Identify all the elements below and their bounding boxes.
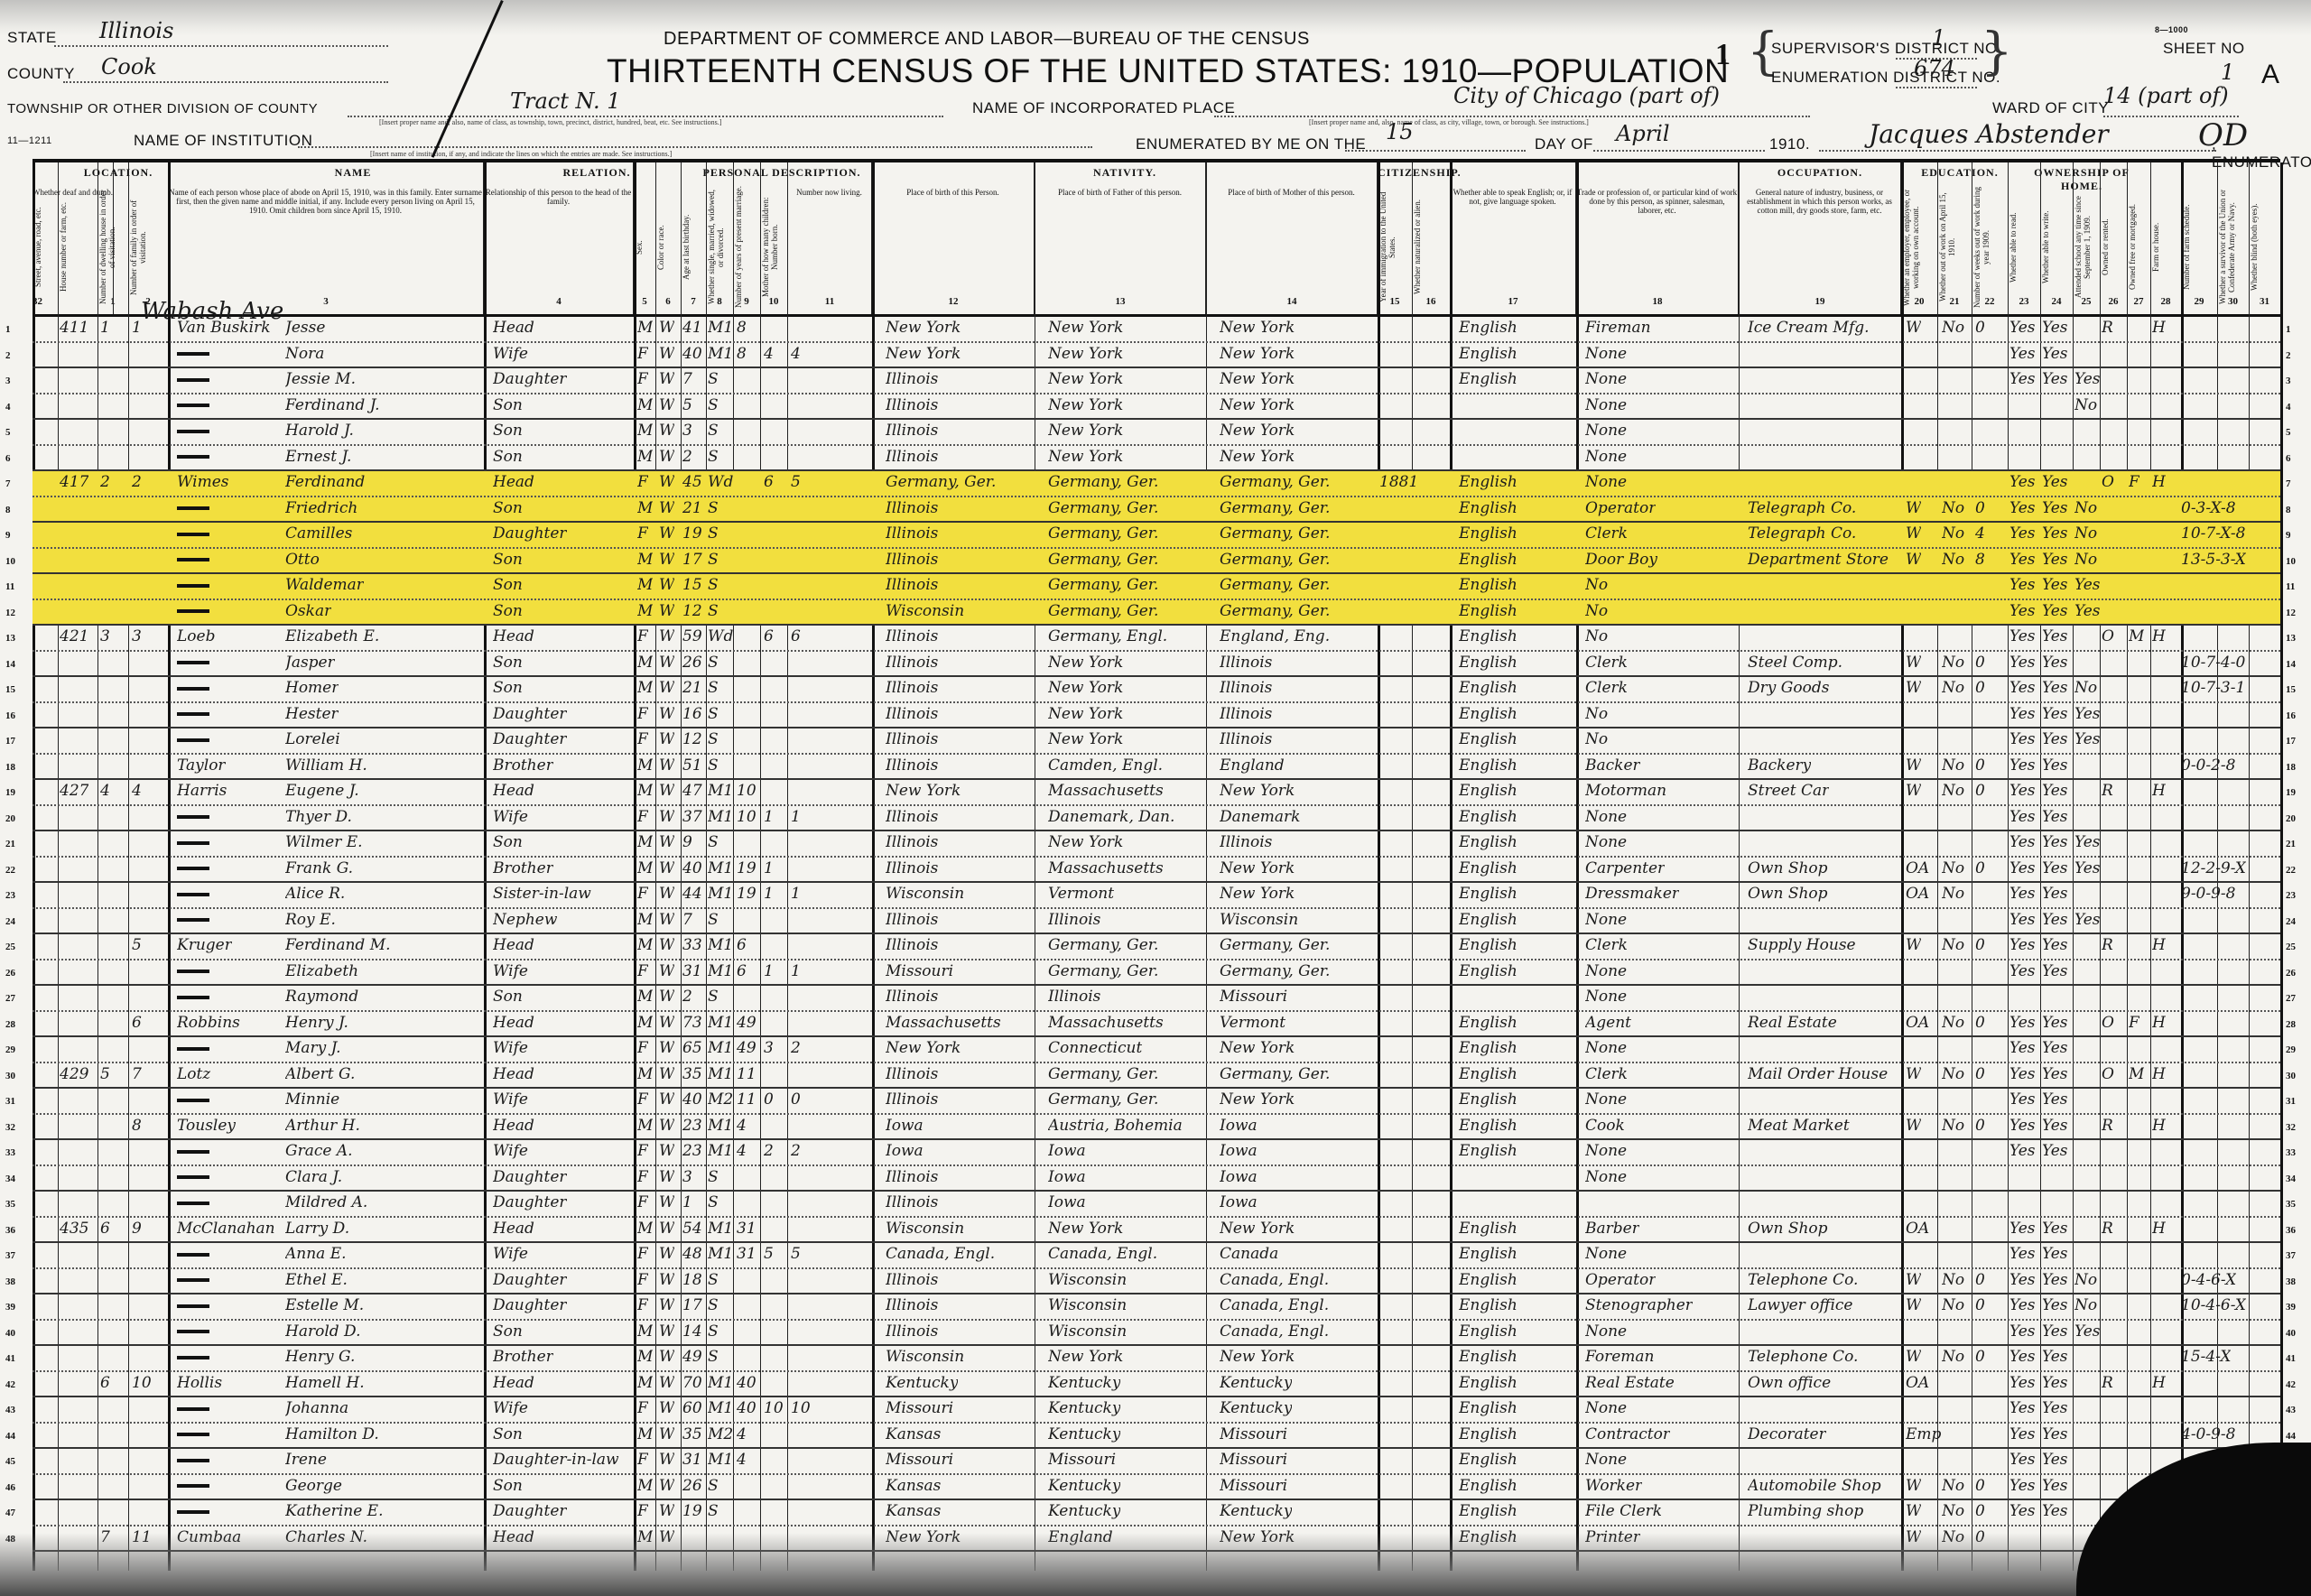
highlighted-census-row[interactable]: 7741722WimesFerdinandHeadFW45Wd65Germany… [32, 471, 2280, 497]
cell-marital: S [708, 1168, 719, 1192]
highlighted-census-row[interactable]: 1212OskarSonMW12SWisconsinGermany, Ger.G… [32, 600, 2280, 626]
cell-lang: English [1459, 1220, 1517, 1243]
cell-race: W [659, 885, 674, 908]
cell-trade: Contractor [1585, 1425, 1670, 1449]
cell-race: W [659, 962, 674, 986]
cell-sex: M [637, 1220, 653, 1243]
cell-read: Yes [2009, 1399, 2036, 1423]
column-header: Whether out of work on April 15, 1910. [1937, 186, 1972, 312]
cell-age: 3 [682, 1168, 692, 1192]
cell-pob: Illinois [886, 1271, 938, 1294]
cell-write: Yes [2042, 911, 2068, 934]
cell-surname [177, 859, 209, 883]
cell-relation: Daughter-in-law [493, 1451, 619, 1474]
column-header: General nature of industry, business, or… [1739, 162, 1901, 316]
enumerated-month: April [1616, 121, 1670, 146]
cell-pob: Illinois [886, 988, 938, 1011]
cell-surname: Wimes [177, 473, 229, 496]
cell-trade: None [1585, 833, 1627, 857]
same-surname-dash [177, 867, 209, 870]
cell-surname [177, 524, 209, 548]
cell-emp: W [1906, 1296, 1921, 1320]
cell-extra: 10-7-4-0 [2181, 654, 2245, 677]
cell-pob-mother: Canada, Engl. [1220, 1271, 1329, 1294]
cell-extra: 10-7-3-1 [2181, 679, 2245, 702]
cell-surname [177, 962, 209, 986]
cell-weeks: 0 [1975, 859, 1985, 883]
line-number: 42 [5, 1379, 15, 1390]
cell-industry: Telephone Co. [1748, 1271, 1858, 1294]
census-row[interactable]: 22NoraWifeFW40M1844New YorkNew YorkNew Y… [32, 343, 2280, 369]
cell-emp: W [1906, 1502, 1921, 1526]
line-number-right: 33 [2286, 1147, 2296, 1158]
cell-family: 9 [132, 1220, 142, 1243]
cell-lang: English [1459, 499, 1517, 523]
highlighted-census-row[interactable]: 1010OttoSonMW17SIllinoisGermany, Ger.Ger… [32, 549, 2280, 575]
cell-given: Anna E. [285, 1245, 347, 1268]
cell-race: W [659, 782, 674, 805]
cell-write: Yes [2042, 885, 2068, 908]
census-row[interactable]: 2424Roy E.NephewMW7SIllinoisIllinoisWisc… [32, 909, 2280, 935]
census-row[interactable]: 4545IreneDaughter-in-lawFW31M14MissouriM… [32, 1449, 2280, 1475]
cell-family: 8 [132, 1117, 142, 1140]
cell-living: 4 [791, 345, 801, 368]
cell-living: 5 [791, 1245, 801, 1268]
census-row[interactable]: 3434Clara J.DaughterFW3SIllinoisIowaIowa… [32, 1166, 2280, 1192]
cell-dwelling: 3 [100, 627, 110, 651]
cell-trade: Stenographer [1585, 1296, 1693, 1320]
census-row[interactable]: 1616HesterDaughterFW16SIllinoisNew YorkI… [32, 703, 2280, 729]
cell-read: Yes [2009, 756, 2036, 780]
cell-marital: S [708, 396, 719, 420]
cell-write: Yes [2042, 962, 2068, 986]
cell-family: 6 [132, 1014, 142, 1037]
cell-weeks: 0 [1975, 1271, 1985, 1294]
cell-marital: S [708, 705, 719, 728]
cell-pob: Illinois [886, 627, 938, 651]
line-number-right: 41 [2286, 1353, 2296, 1364]
cell-pob: Illinois [886, 576, 938, 599]
cell-read: Yes [2009, 499, 2036, 523]
cell-years-married: 6 [737, 962, 747, 986]
cell-pob-father: Kentucky [1048, 1399, 1120, 1423]
same-surname-dash [177, 1510, 209, 1514]
cell-write: Yes [2042, 627, 2068, 651]
census-row[interactable]: 25255KrugerFerdinand M.HeadMW33M16Illino… [32, 934, 2280, 960]
cell-marital: M1 [708, 859, 733, 883]
cell-extra: 15-4-X [2181, 1348, 2231, 1371]
cell-extra: 13-5-3-X [2181, 551, 2246, 574]
cell-write: Yes [2042, 1039, 2068, 1062]
cell-out: No [1942, 782, 1964, 805]
cell-lang: English [1459, 1065, 1517, 1089]
cell-own: R [2102, 782, 2113, 805]
cell-trade: Foreman [1585, 1348, 1655, 1371]
form-id: 11—1211 [7, 135, 52, 146]
cell-pob: New York [886, 1039, 961, 1062]
column-header: Whether blind (both eyes). [2249, 186, 2280, 312]
township-instructions: [Insert proper name and, also, name of c… [379, 118, 721, 126]
census-row[interactable]: 3333Grace A.WifeFW23M1422IowaIowaIowaEng… [32, 1140, 2280, 1166]
cell-lang: English [1459, 705, 1517, 728]
cell-years-married: 49 [737, 1039, 756, 1062]
cell-read: Yes [2009, 1065, 2036, 1089]
same-surname-dash [177, 558, 209, 561]
cell-own: R [2102, 319, 2113, 342]
cell-write: Yes [2042, 319, 2068, 342]
cell-out: No [1942, 679, 1964, 702]
cell-age: 9 [682, 833, 692, 857]
cell-years-married: 11 [737, 1065, 756, 1089]
same-surname-dash [177, 661, 209, 664]
census-row[interactable]: 1515HomerSonMW21SIllinoisNew YorkIllinoi… [32, 677, 2280, 703]
column-header: Color or race. [655, 186, 681, 312]
cell-relation: Nephew [493, 911, 557, 934]
cell-trade: Operator [1585, 1271, 1656, 1294]
census-row[interactable]: 191942744HarrisEugene J.HeadMW47M110New … [32, 780, 2280, 806]
census-row[interactable]: 44Ferdinand J.SonMW5SIllinoisNew YorkNew… [32, 394, 2280, 421]
cell-relation: Son [493, 1477, 523, 1500]
cell-age: 31 [682, 1451, 702, 1474]
column-number: 17 [1450, 296, 1576, 307]
cell-marital: S [708, 551, 719, 574]
column-header: Whether able to write. [2040, 186, 2073, 312]
cell-pob: Illinois [886, 422, 938, 445]
cell-trade: None [1585, 808, 1627, 831]
cell-lang: English [1459, 1502, 1517, 1526]
census-row[interactable]: 4747Katherine E.DaughterFW19SKansasKentu… [32, 1500, 2280, 1526]
cell-years-married: 4 [737, 1451, 747, 1474]
same-surname-dash [177, 506, 209, 510]
census-row[interactable]: 32328TousleyArthur H.HeadMW23M14IowaAust… [32, 1115, 2280, 1141]
cell-sex: M [637, 319, 653, 342]
cell-years-married: 4 [737, 1117, 747, 1140]
cell-pob-father: Kentucky [1048, 1477, 1120, 1500]
cell-surname [177, 988, 209, 1011]
cell-years-married: 6 [737, 936, 747, 960]
column-number: 9 [733, 296, 760, 307]
cell-weeks: 0 [1975, 756, 1985, 780]
cell-pob-mother: New York [1220, 1039, 1295, 1062]
cell-relation: Daughter [493, 1296, 567, 1320]
line-number-right: 10 [2286, 556, 2296, 567]
cell-trade: Clerk [1585, 1065, 1628, 1089]
cell-years-married: 19 [737, 859, 756, 883]
cell-school: No [2074, 499, 2097, 523]
cell-years-married: 8 [737, 345, 747, 368]
cell-weeks: 0 [1975, 1117, 1985, 1140]
census-row[interactable]: 2727RaymondSonMW2SIllinoisIllinoisMissou… [32, 986, 2280, 1012]
cell-lang: English [1459, 1271, 1517, 1294]
census-row[interactable]: 2222Frank G.BrotherMW40M1191IllinoisMass… [32, 858, 2280, 884]
cell-marital: S [708, 499, 719, 523]
cell-house: 411 [60, 319, 88, 342]
cell-emp: Emp [1906, 1425, 1941, 1449]
cell-sex: M [637, 1374, 653, 1397]
cell-relation: Wife [493, 1399, 528, 1423]
cell-given: Raymond [285, 988, 358, 1011]
column-header: Number now living. [787, 162, 872, 316]
cell-race: W [659, 1296, 674, 1320]
cell-given: Ethel E. [285, 1271, 348, 1294]
cell-write: Yes [2042, 1451, 2068, 1474]
cell-age: 17 [682, 551, 702, 574]
census-row[interactable]: 131342133LoebElizabeth E.HeadFW59Wd66Ill… [32, 626, 2280, 652]
census-row[interactable]: 28286RobbinsHenry J.HeadMW73M149Massachu… [32, 1012, 2280, 1038]
cell-sex: F [637, 473, 648, 496]
cell-age: 49 [682, 1348, 702, 1371]
cell-pob: Illinois [886, 551, 938, 574]
cell-pob-mother: Germany, Ger. [1220, 473, 1330, 496]
cell-living: 10 [791, 1399, 811, 1423]
cell-race: W [659, 524, 674, 548]
cell-farm: H [2152, 1117, 2166, 1140]
cell-marital: S [708, 370, 719, 394]
cell-age: 15 [682, 576, 702, 599]
census-row[interactable]: 2020Thyer D.WifeFW37M11011IllinoisDanema… [32, 806, 2280, 832]
census-row[interactable]: 4646GeorgeSonMW26SKansasKentuckyMissouri… [32, 1475, 2280, 1501]
cell-race: W [659, 756, 674, 780]
cell-relation: Daughter [493, 370, 567, 394]
cell-pob: Illinois [886, 833, 938, 857]
cell-race: W [659, 1014, 674, 1037]
census-row[interactable]: 3535Mildred A.DaughterFW1SIllinoisIowaIo… [32, 1192, 2280, 1218]
census-row[interactable]: 1141111Van BuskirkJesseHeadMW41M18New Yo… [32, 317, 2280, 343]
census-row[interactable]: 2626ElizabethWifeFW31M1611MissouriGerman… [32, 960, 2280, 987]
cell-surname [177, 1477, 209, 1500]
cell-out: No [1942, 551, 1964, 574]
cell-sex: F [637, 1142, 648, 1165]
census-row[interactable]: 4242610HollisHamell H.HeadMW70M140Kentuc… [32, 1372, 2280, 1398]
cell-pob-mother: Missouri [1220, 1477, 1287, 1500]
cell-read: Yes [2009, 473, 2036, 496]
cell-trade: Real Estate [1585, 1374, 1675, 1397]
census-row[interactable]: 3737Anna E.WifeFW48M13155Canada, Engl.Ca… [32, 1243, 2280, 1269]
cell-trade: None [1585, 422, 1627, 445]
cell-lang: English [1459, 602, 1517, 626]
cell-living: 1 [791, 962, 801, 986]
line-number: 46 [5, 1482, 15, 1493]
cell-trade: Clerk [1585, 679, 1628, 702]
cell-out: No [1942, 859, 1964, 883]
cell-read: Yes [2009, 859, 2036, 883]
cell-extra: 10-7-X-8 [2181, 524, 2245, 548]
census-row[interactable]: 3939Estelle M.DaughterFW17SIllinoisWisco… [32, 1294, 2280, 1321]
cell-pob: Illinois [886, 499, 938, 523]
same-surname-dash [177, 687, 209, 691]
column-number: 16 [1412, 296, 1450, 307]
cell-age: 60 [682, 1399, 702, 1423]
census-row[interactable]: 4444Hamilton D.SonMW35M24KansasKentuckyM… [32, 1424, 2280, 1450]
cell-given: Estelle M. [285, 1296, 364, 1320]
column-header: Number of years of present marriage. [733, 186, 760, 312]
cell-immig: 1881 [1379, 473, 1418, 496]
census-row[interactable]: 1717LoreleiDaughterFW12SIllinoisNew York… [32, 728, 2280, 755]
cell-weeks: 0 [1975, 936, 1985, 960]
line-number: 40 [5, 1328, 15, 1339]
census-row[interactable]: 55Harold J.SonMW3SIllinoisNew YorkNew Yo… [32, 420, 2280, 446]
census-row[interactable]: 1414JasperSonMW26SIllinoisNew YorkIllino… [32, 652, 2280, 678]
ward-label: WARD OF CITY [1992, 99, 2109, 117]
cell-pob-mother: New York [1220, 1090, 1295, 1114]
cell-pob: New York [886, 782, 961, 805]
column-number: 18 [1576, 296, 1739, 307]
cell-emp: W [1906, 499, 1921, 523]
cell-pob-mother: New York [1220, 422, 1295, 445]
column-header: Relationship of this person to the head … [484, 162, 634, 316]
cell-emp: W [1906, 782, 1921, 805]
cell-pob-mother: New York [1220, 1220, 1295, 1243]
cell-industry: Decorater [1748, 1425, 1826, 1449]
cell-race: W [659, 576, 674, 599]
line-number-right: 22 [2286, 865, 2296, 876]
cell-pob: Illinois [886, 679, 938, 702]
cell-years-married: 40 [737, 1399, 756, 1423]
cell-read: Yes [2009, 1245, 2036, 1268]
cell-surname [177, 833, 209, 857]
line-number: 18 [5, 762, 15, 773]
cell-sex: M [637, 654, 653, 677]
same-surname-dash [177, 1099, 209, 1102]
cell-born: 1 [764, 962, 774, 986]
cell-surname: Loeb [177, 627, 215, 651]
highlighted-census-row[interactable]: 1111WaldemarSonMW15SIllinoisGermany, Ger… [32, 574, 2280, 600]
census-row[interactable]: 2929Mary J.WifeFW65M14932New YorkConnect… [32, 1037, 2280, 1063]
enumerated-day-line [1345, 150, 1526, 152]
cell-surname [177, 1425, 209, 1449]
column-number: 14 [1206, 296, 1378, 307]
cell-sex: F [637, 962, 648, 986]
census-row[interactable]: 3131MinnieWifeFW40M21100IllinoisGermany,… [32, 1089, 2280, 1115]
cell-trade: Dressmaker [1585, 885, 1679, 908]
line-number: 4 [5, 402, 11, 413]
highlighted-census-row[interactable]: 99CamillesDaughterFW19SIllinoisGermany, … [32, 523, 2280, 549]
cell-sex: M [637, 1348, 653, 1371]
line-number-right: 16 [2286, 710, 2296, 721]
cell-years-married: 4 [737, 1425, 747, 1449]
cell-read: Yes [2009, 1090, 2036, 1114]
incorporated-place-instructions: [Insert proper name and, also, name of c… [1309, 118, 1589, 126]
cell-surname [177, 1451, 209, 1474]
cell-age: 26 [682, 1477, 702, 1500]
cell-relation: Son [493, 654, 523, 677]
line-number-right: 38 [2286, 1276, 2296, 1287]
cell-marital: M1 [708, 345, 733, 368]
line-number: 35 [5, 1199, 15, 1210]
same-surname-dash [177, 1304, 209, 1308]
cell-surname [177, 679, 209, 702]
cell-pob: Wisconsin [886, 885, 964, 908]
census-row[interactable]: 4040Harold D.SonMW14SIllinoisWisconsinCa… [32, 1321, 2280, 1347]
state-value: Illinois [99, 18, 173, 43]
cell-marital: S [708, 422, 719, 445]
census-row[interactable]: 1818TaylorWilliam H.BrotherMW51SIllinois… [32, 755, 2280, 781]
line-number: 9 [5, 530, 11, 541]
cell-born: 3 [764, 1039, 774, 1062]
cell-pob: Wisconsin [886, 1348, 964, 1371]
census-row[interactable]: 3838Ethel E.DaughterFW18SIllinoisWiscons… [32, 1269, 2280, 1295]
cell-weeks: 0 [1975, 1348, 1985, 1371]
census-row[interactable]: 2323Alice R.Sister-in-lawFW44M11911Wisco… [32, 883, 2280, 909]
line-number: 37 [5, 1250, 15, 1261]
cell-lang: English [1459, 1451, 1517, 1474]
cell-relation: Son [493, 422, 523, 445]
cell-marital: M1 [708, 1451, 733, 1474]
census-row[interactable]: 303042957LotzAlbert G.HeadMW35M111Illino… [32, 1063, 2280, 1090]
cell-extra: 0-0-2-8 [2181, 756, 2236, 780]
census-row[interactable]: 4141Henry G.BrotherMW49SWisconsinNew Yor… [32, 1346, 2280, 1372]
line-number-right: 21 [2286, 839, 2296, 849]
cell-pob-father: Germany, Ger. [1048, 936, 1158, 960]
cell-relation: Son [493, 1322, 523, 1346]
line-number-right: 15 [2286, 684, 2296, 695]
cell-age: 40 [682, 345, 702, 368]
cell-out: No [1942, 936, 1964, 960]
line-number-right: 5 [2286, 427, 2291, 438]
cell-surname: Hollis [177, 1374, 222, 1397]
cell-relation: Head [493, 1065, 534, 1089]
column-number: 25 [2073, 296, 2100, 307]
cell-given: Henry J. [285, 1014, 348, 1037]
cell-given: Arthur H. [285, 1117, 360, 1140]
line-number-right: 27 [2286, 993, 2296, 1004]
census-row[interactable]: 33Jessie M.DaughterFW7SIllinoisNew YorkN… [32, 368, 2280, 394]
cell-race: W [659, 808, 674, 831]
cell-lang: English [1459, 1090, 1517, 1114]
cell-dwelling: 6 [100, 1220, 110, 1243]
cell-pob: Massachusetts [886, 1014, 1001, 1037]
cell-race: W [659, 1117, 674, 1140]
cell-pob: Illinois [886, 756, 938, 780]
cell-read: Yes [2009, 911, 2036, 934]
cell-age: 59 [682, 627, 702, 651]
cell-pob-father: Massachusetts [1048, 1014, 1164, 1037]
cell-relation: Brother [493, 1348, 553, 1371]
cell-read: Yes [2009, 1220, 2036, 1243]
line-number: 29 [5, 1044, 15, 1055]
census-row[interactable]: 4343JohannaWifeFW60M1401010MissouriKentu… [32, 1397, 2280, 1424]
cell-read: Yes [2009, 1477, 2036, 1500]
cell-house: 417 [60, 473, 88, 496]
highlighted-census-row[interactable]: 88FriedrichSonMW21SIllinoisGermany, Ger.… [32, 497, 2280, 524]
line-number: 39 [5, 1302, 15, 1313]
line-number: 38 [5, 1276, 15, 1287]
cell-sex: M [637, 782, 653, 805]
cell-pob-father: Iowa [1048, 1168, 1086, 1192]
cell-weeks: 0 [1975, 679, 1985, 702]
cell-pob-mother: Iowa [1220, 1117, 1258, 1140]
column-number: 12 [872, 296, 1035, 307]
line-number-right: 1 [2286, 324, 2291, 335]
cell-surname [177, 1039, 209, 1062]
cell-own: R [2102, 1374, 2113, 1397]
column-number: 23 [2008, 296, 2040, 307]
census-year: 1910. [1769, 135, 1810, 153]
cell-sex: M [637, 679, 653, 702]
cell-sex: M [637, 1322, 653, 1346]
cell-pob-mother: Kentucky [1220, 1374, 1292, 1397]
same-surname-dash [177, 738, 209, 742]
cell-lang: English [1459, 1425, 1517, 1449]
sheet-number: 1 [2221, 60, 2234, 85]
census-row[interactable]: 363643569McClanahanLarry D.HeadMW54M131W… [32, 1218, 2280, 1244]
census-row[interactable]: 2121Wilmer E.SonMW9SIllinoisNew YorkIlli… [32, 831, 2280, 858]
cell-write: Yes [2042, 936, 2068, 960]
cell-race: W [659, 911, 674, 934]
same-surname-dash [177, 970, 209, 973]
census-row[interactable]: 66Ernest J.SonMW2SIllinoisNew YorkNew Yo… [32, 446, 2280, 472]
cell-sex: M [637, 1425, 653, 1449]
